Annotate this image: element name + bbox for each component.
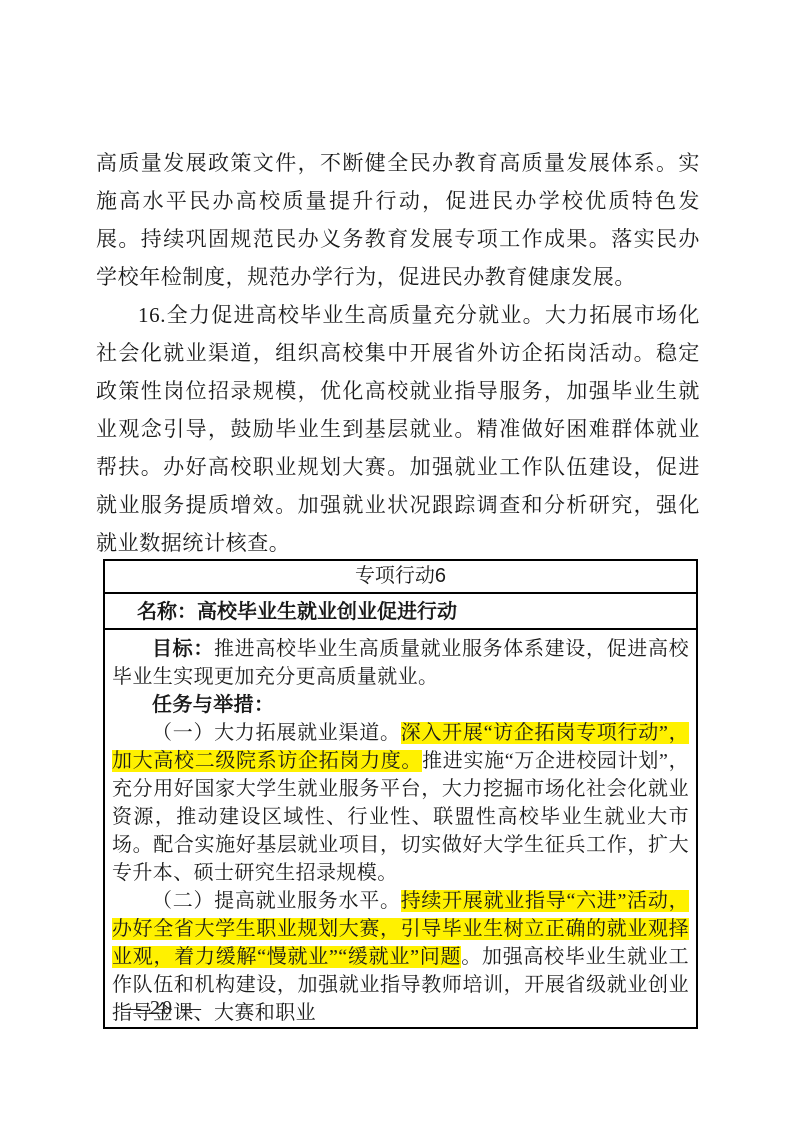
action-box-name: 名称：高校毕业生就业创业促进行动 xyxy=(104,593,697,629)
action-box-body-row: 目标：推进高校毕业生高质量就业服务体系建设，促进高校毕业生实现更加充分更高质量就… xyxy=(104,629,697,1028)
tasks-label: 任务与举措： xyxy=(112,691,689,719)
text-run: （一）大力拓展就业渠道。 xyxy=(152,722,401,744)
goal-paragraph: 目标：推进高校毕业生高质量就业服务体系建设，促进高校毕业生实现更加充分更高质量就… xyxy=(112,635,689,691)
page-number: — 20 — xyxy=(121,997,203,1020)
action-box-name-row: 名称：高校毕业生就业创业促进行动 xyxy=(104,593,697,629)
goal-label: 目标： xyxy=(152,638,214,660)
document-page: { "colors": { "highlight": "#fff100", "t… xyxy=(0,0,793,1122)
action-box-body: 目标：推进高校毕业生高质量就业服务体系建设，促进高校毕业生实现更加充分更高质量就… xyxy=(104,629,697,1028)
paragraph-private-education: 高质量发展政策文件，不断健全民办教育高质量发展体系。实施高水平民办高校质量提升行… xyxy=(96,144,700,296)
paragraph-16-graduate-employment: 16.全力促进高校毕业生高质量充分就业。大力拓展市场化社会化就业渠道，组织高校集… xyxy=(96,296,700,562)
task-paragraph-1: （一）大力拓展就业渠道。深入开展“访企拓岗专项行动”，加大高校二级院系访企拓岗力… xyxy=(112,719,689,887)
action-box-title: 专项行动6 xyxy=(104,560,697,593)
action-box-title-row: 专项行动6 xyxy=(104,560,697,593)
special-action-box: 专项行动6 名称：高校毕业生就业创业促进行动 目标：推进高校毕业生高质量就业服务… xyxy=(103,559,698,1029)
page-body-text: 高质量发展政策文件，不断健全民办教育高质量发展体系。实施高水平民办高校质量提升行… xyxy=(96,144,700,562)
text-run: （二）提高就业服务水平。 xyxy=(152,890,401,912)
